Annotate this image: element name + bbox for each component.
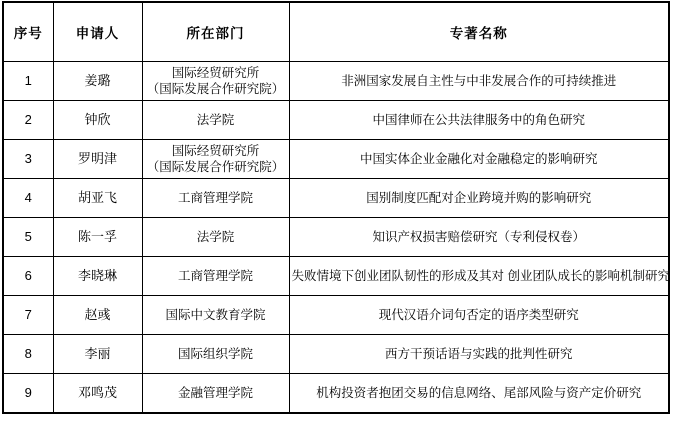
department-cell: 国际经贸研究所 （国际发展合作研究院）	[142, 140, 289, 179]
seq-cell: 6	[3, 257, 53, 296]
seq-cell: 3	[3, 140, 53, 179]
monograph-title-cell: 知识产权损害赔偿研究（专利侵权卷）	[289, 218, 669, 257]
monograph-title-cell: 失败情境下创业团队韧性的形成及其对 创业团队成长的影响机制研究	[289, 257, 669, 296]
applicant-cell: 赵彧	[53, 296, 142, 335]
table-row: 5 陈一孚 法学院 知识产权损害赔偿研究（专利侵权卷）	[3, 218, 669, 257]
department-cell: 法学院	[142, 101, 289, 140]
seq-cell: 8	[3, 335, 53, 374]
table-row: 2 钟欣 法学院 中国律师在公共法律服务中的角色研究	[3, 101, 669, 140]
department-cell: 国际中文教育学院	[142, 296, 289, 335]
department-cell: 国际经贸研究所 （国际发展合作研究院）	[142, 62, 289, 101]
table-row: 6 李晓琳 工商管理学院 失败情境下创业团队韧性的形成及其对 创业团队成长的影响…	[3, 257, 669, 296]
header-monograph: 专著名称	[289, 2, 669, 62]
department-cell: 金融管理学院	[142, 374, 289, 414]
department-cell: 国际组织学院	[142, 335, 289, 374]
applicant-cell: 胡亚飞	[53, 179, 142, 218]
monograph-title-cell: 西方干预话语与实践的批判性研究	[289, 335, 669, 374]
applicant-cell: 邓鸣茂	[53, 374, 142, 414]
seq-cell: 7	[3, 296, 53, 335]
header-applicant: 申请人	[53, 2, 142, 62]
seq-cell: 5	[3, 218, 53, 257]
seq-cell: 9	[3, 374, 53, 414]
header-row: 序号 申请人 所在部门 专著名称	[3, 2, 669, 62]
header-seq: 序号	[3, 2, 53, 62]
applicant-cell: 钟欣	[53, 101, 142, 140]
department-cell: 法学院	[142, 218, 289, 257]
monograph-title-cell: 机构投资者抱团交易的信息网络、尾部风险与资产定价研究	[289, 374, 669, 414]
department-cell: 工商管理学院	[142, 179, 289, 218]
seq-cell: 4	[3, 179, 53, 218]
document-page: 序号 申请人 所在部门 专著名称 1 姜璐 国际经贸研究所 （国际发展合作研究院…	[0, 0, 673, 425]
table-row: 3 罗明津 国际经贸研究所 （国际发展合作研究院） 中国实体企业金融化对金融稳定…	[3, 140, 669, 179]
seq-cell: 2	[3, 101, 53, 140]
monograph-title-cell: 中国律师在公共法律服务中的角色研究	[289, 101, 669, 140]
table-row: 4 胡亚飞 工商管理学院 国别制度匹配对企业跨境并购的影响研究	[3, 179, 669, 218]
applicant-cell: 姜璐	[53, 62, 142, 101]
applicant-cell: 李晓琳	[53, 257, 142, 296]
monograph-title-cell: 现代汉语介词句否定的语序类型研究	[289, 296, 669, 335]
seq-cell: 1	[3, 62, 53, 101]
department-cell: 工商管理学院	[142, 257, 289, 296]
table-row: 1 姜璐 国际经贸研究所 （国际发展合作研究院） 非洲国家发展自主性与中非发展合…	[3, 62, 669, 101]
header-department: 所在部门	[142, 2, 289, 62]
applicant-cell: 罗明津	[53, 140, 142, 179]
applicant-cell: 李丽	[53, 335, 142, 374]
table-row: 7 赵彧 国际中文教育学院 现代汉语介词句否定的语序类型研究	[3, 296, 669, 335]
table-row: 8 李丽 国际组织学院 西方干预话语与实践的批判性研究	[3, 335, 669, 374]
applicant-cell: 陈一孚	[53, 218, 142, 257]
monograph-title-cell: 中国实体企业金融化对金融稳定的影响研究	[289, 140, 669, 179]
monograph-title-cell: 非洲国家发展自主性与中非发展合作的可持续推进	[289, 62, 669, 101]
table-row: 9 邓鸣茂 金融管理学院 机构投资者抱团交易的信息网络、尾部风险与资产定价研究	[3, 374, 669, 414]
applicants-table: 序号 申请人 所在部门 专著名称 1 姜璐 国际经贸研究所 （国际发展合作研究院…	[2, 1, 670, 414]
monograph-title-cell: 国别制度匹配对企业跨境并购的影响研究	[289, 179, 669, 218]
